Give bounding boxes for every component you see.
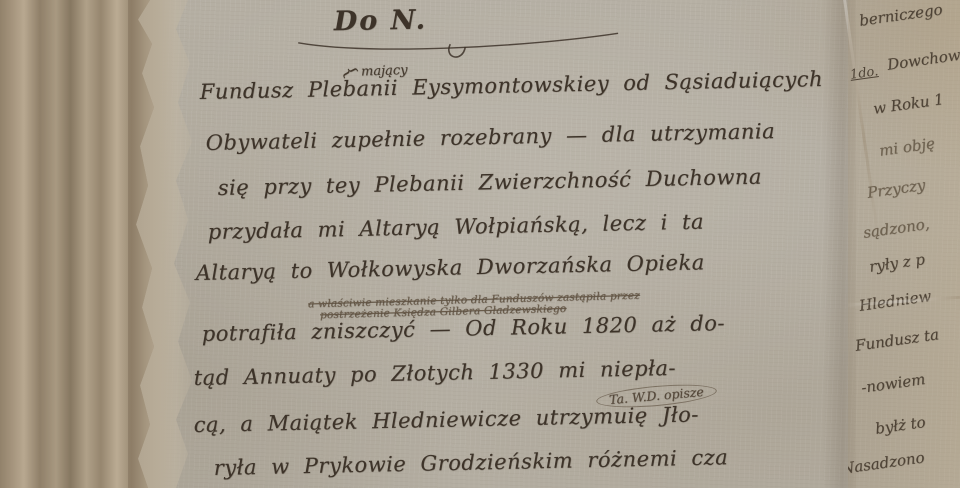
adjacent-page-fragment: Fundusz ta <box>854 325 940 355</box>
adjacent-page-fragment: Przyczy <box>866 176 926 202</box>
spine-shadow <box>128 0 188 488</box>
manuscript-line: Fundusz Plebanii Eysymontowskiey od Sąsi… <box>199 67 823 104</box>
adjacent-page-fragment: w Roku 1 <box>872 90 945 118</box>
adjacent-page: berniczego 1do. Dowchow w Roku 1 mi obję… <box>848 0 960 488</box>
manuscript-line: potrafiła zniszczyć — Od Roku 1820 aż do… <box>201 311 725 346</box>
heading-flourish-icon <box>292 27 628 61</box>
adjacent-page-fragment: sądzono, <box>862 215 930 242</box>
manuscript-photo: Do N. { mający Fundusz Plebanii Eysymont… <box>0 0 960 488</box>
manuscript-line: Altaryą to Wołkowyska Dworzańska Opieka <box>195 250 704 285</box>
adjacent-page-fragment: byłż to <box>874 413 927 438</box>
manuscript-line: się przy tey Plebanii Zwierzchność Ducho… <box>217 165 762 200</box>
adjacent-page-fragment: -nowiem <box>860 370 926 397</box>
manuscript-line: ryła w Prykowie Grodzieńskim różnemi cza <box>213 445 728 480</box>
manuscript-line: przydała mi Altaryą Wołpiańską, lecz i t… <box>207 210 704 244</box>
adjacent-page-fragment: Nasadzono <box>848 448 926 478</box>
adjacent-page-fragment: mi obję <box>878 134 936 160</box>
manuscript-line: cą, a Maiątek Hledniewicze utrzymuię Jło… <box>193 402 699 437</box>
heading: Do N. <box>292 1 633 59</box>
adjacent-page-margin-mark: 1do. <box>849 64 879 83</box>
manuscript-line: Obywateli zupełnie rozebrany — dla utrzy… <box>205 119 775 155</box>
adjacent-page-fragment: ryły z p <box>868 250 926 276</box>
adjacent-page-fragment: berniczego <box>858 0 944 30</box>
adjacent-page-fragment: Dowchow <box>886 46 960 74</box>
manuscript-line: tąd Annuaty po Złotych 1330 mi niepła- <box>193 356 676 390</box>
